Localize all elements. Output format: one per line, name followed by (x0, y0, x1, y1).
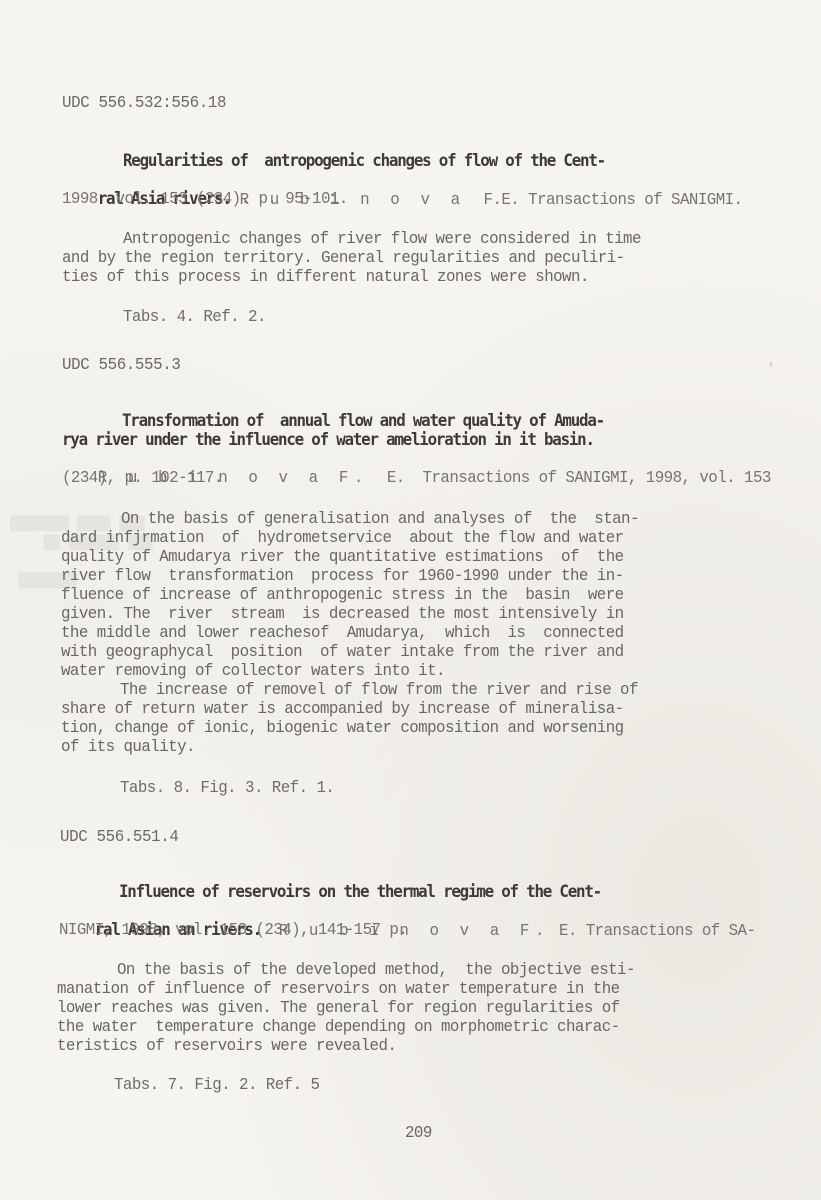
abstract-line: On the basis of generalisation and analy… (121, 510, 639, 529)
abstract-line: with geographycal position of water inta… (61, 643, 624, 662)
abstract-line: of its quality. (61, 738, 195, 757)
abstract-line: the water temperature change depending o… (57, 1018, 620, 1037)
abstract-line: tion, change of ionic, biogenic water co… (61, 719, 624, 738)
citation: E. Transactions of SA- (559, 922, 755, 941)
abstract-line: lower reaches was given. The general for… (57, 999, 620, 1018)
citation: F.E. Transactions of SANIGMI. (484, 191, 743, 210)
citation: 1998 vol. 153 (234). p. 95-101. (62, 190, 348, 209)
article-title: rya river under the influence of water a… (62, 431, 594, 450)
citation: NIGMI, 1998, vol. 153 (234), 141-157 p. (59, 921, 407, 940)
abstract-line: The increase of removel of flow from the… (120, 681, 638, 700)
abstract-line: share of return water is accompanied by … (61, 700, 624, 719)
abstract-line: the middle and lower reachesof Amudarya,… (61, 624, 624, 643)
tabs-refs: Tabs. 4. Ref. 2. (123, 308, 266, 327)
citation: (234), p. 102-117. (62, 469, 223, 488)
speck (770, 362, 772, 367)
abstract-line: fluence of increase of anthropogenic str… (61, 586, 624, 605)
tabs-figs-refs: Tabs. 8. Fig. 3. Ref. 1. (120, 779, 334, 798)
article-title: Regularities of antropogenic changes of … (123, 152, 605, 171)
citation: E. Transactions of SANIGMI, 1998, vol. 1… (387, 469, 771, 488)
tabs-figs-refs: Tabs. 7. Fig. 2. Ref. 5 (114, 1076, 319, 1095)
udc-code: UDC 556.532:556.18 (62, 94, 226, 113)
article-title: Transformation of annual flow and water … (122, 412, 604, 431)
udc-code: UDC 556.551.4 (60, 828, 179, 847)
abstract-line: On the basis of the developed method, th… (117, 961, 635, 980)
abstract-line: given. The river stream is decreased the… (61, 605, 624, 624)
document-page: ███████ ████ ███ ██ ██████ ███ ███████ U… (0, 0, 821, 1200)
udc-code: UDC 556.555.3 (62, 356, 181, 375)
abstract-line: ties of this process in different natura… (62, 268, 589, 287)
abstract-line: manation of influence of reservoirs on w… (57, 980, 620, 999)
article-title: Influence of reservoirs on the thermal r… (119, 883, 601, 902)
abstract-line: Antropogenic changes of river flow were … (123, 230, 641, 249)
abstract-line: dard infjrmation of hydrometservice abou… (61, 529, 624, 548)
page-number: 209 (405, 1124, 432, 1143)
abstract-line: quality of Amudarya river the quantitati… (61, 548, 624, 567)
abstract-line: and by the region territory. General reg… (62, 249, 625, 268)
abstract-line: teristics of reservoirs were revealed. (57, 1037, 396, 1056)
abstract-line: river flow transformation process for 19… (61, 567, 624, 586)
abstract-line: water removing of collector waters into … (61, 662, 445, 681)
